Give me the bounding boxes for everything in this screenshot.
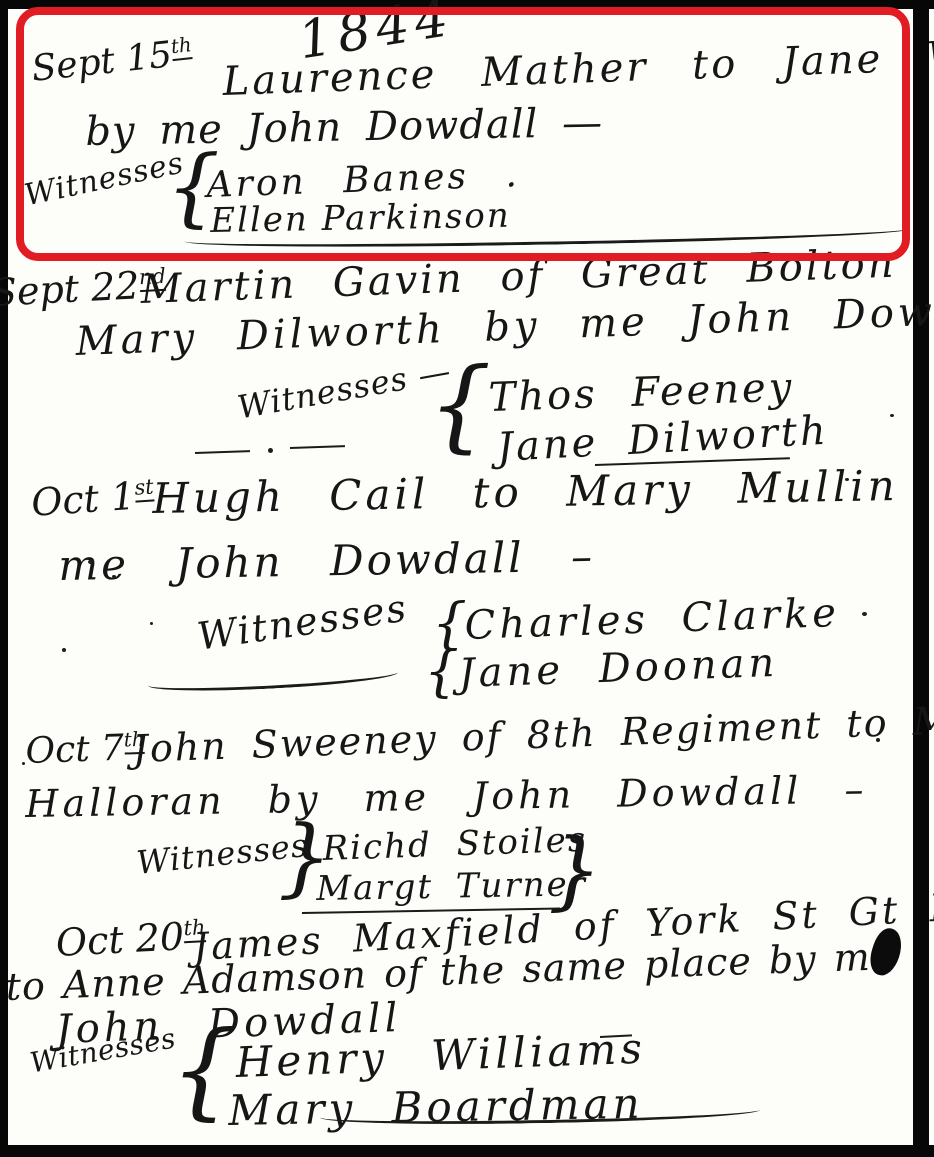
witness-name: Thos Feeney <box>488 367 795 418</box>
ink-speck <box>845 478 849 481</box>
entry-text-line: Halloran by me John Dowdall – <box>25 770 868 823</box>
ink-speck <box>862 612 867 616</box>
ink-speck <box>62 648 66 652</box>
scan-edge-right <box>913 0 929 1157</box>
entry-text-line: Hugh Cail to Mary Mullin by <box>152 463 934 520</box>
entry-date: Oct 1st <box>30 475 155 521</box>
witness-name: Henry Williams <box>235 1028 646 1084</box>
entry-date-main: Oct 20 <box>55 914 185 965</box>
witness-brace-icon: } <box>548 835 602 907</box>
scan-edge-bottom <box>0 1145 934 1157</box>
flourish-dash <box>290 445 345 449</box>
witness-label: Witnesses <box>195 589 410 656</box>
witness-brace-icon: { <box>428 362 492 447</box>
ink-speck <box>112 575 116 578</box>
entry-date-main: Sept 22 <box>0 263 141 315</box>
ink-speck <box>150 622 153 625</box>
ink-speck <box>88 560 93 564</box>
ink-speck <box>876 738 880 742</box>
witness-label: Witnesses — <box>235 354 454 423</box>
witness-brace-icon: { <box>170 1026 237 1115</box>
entry-text-line: me John Dowdall – <box>58 536 595 587</box>
witness-brace-icon: { <box>424 648 459 695</box>
flourish-dot <box>268 448 273 453</box>
ink-speck <box>890 414 894 417</box>
flourish-line <box>148 663 399 695</box>
entry-date-main: Oct 1 <box>30 474 137 525</box>
entry-date: Oct 7th <box>25 730 145 770</box>
flourish-dash <box>195 450 250 454</box>
entry-date: Oct 20th <box>55 916 207 962</box>
witness-name: Jane Doonan <box>458 643 779 694</box>
ink-speck <box>22 762 25 765</box>
witness-name: Margt Turner <box>316 867 587 906</box>
witness-name: Charles Clarke <box>464 593 840 646</box>
highlight-annotation-box <box>16 7 910 261</box>
entry-date-main: Oct 7 <box>25 728 125 772</box>
register-page-scan: 1844 Sept 15th Laurence Mather to Jane W… <box>0 0 934 1157</box>
entry-text-line: John Sweeney of 8th Regiment to Mary <box>132 699 934 768</box>
